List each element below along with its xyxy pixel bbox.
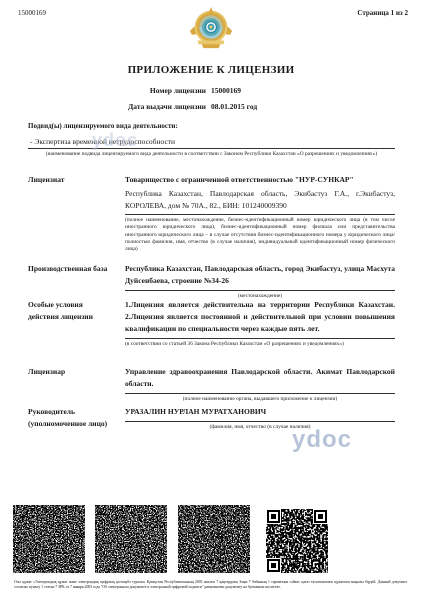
- kazakhstan-emblem-icon: [188, 5, 234, 57]
- licensee-label: Лицензиат: [28, 174, 125, 253]
- licensee-row: Лицензиат Товарищество с ограниченной от…: [28, 174, 395, 253]
- licensee-name: Товарищество с ограниченной ответственно…: [125, 174, 395, 186]
- licensor-label: Лицензиар: [28, 366, 125, 403]
- head-label: Руководитель (уполномоченное лицо): [28, 406, 125, 431]
- licensor-row: Лицензиар Управление здравоохранения Пав…: [28, 366, 395, 403]
- license-meta: Номер лицензии 15000169 Дата выдачи лице…: [0, 86, 422, 111]
- special-conditions-value: 1.Лицензия является действительна на тер…: [125, 299, 395, 335]
- qr-finder-icon: [314, 510, 327, 523]
- license-number-label: Номер лицензии: [0, 86, 206, 95]
- special-conditions-note: (в соответствии со статьей 36 Закона Рес…: [125, 338, 395, 348]
- special-conditions-label: Особые условия действия лицензии: [28, 299, 125, 348]
- license-number-value: 15000169: [211, 86, 422, 95]
- watermark: ydoc: [92, 130, 138, 151]
- subtype-section: Подвид(ы) лицензируемого вида деятельнос…: [28, 122, 395, 158]
- special-conditions-row: Особые условия действия лицензии 1.Лицен…: [28, 299, 395, 348]
- production-base-value-cell: Республика Казахстан, Павлодарская облас…: [125, 263, 395, 300]
- license-appendix-page: 15000169 Страница 1 из 2 ПРИЛОЖЕНИЕ К ЛИ…: [0, 0, 422, 600]
- subtype-note: (наименование подвида лицензируемого вид…: [36, 151, 388, 158]
- barcode-2: [95, 505, 167, 573]
- production-base-value: Республика Казахстан, Павлодарская облас…: [125, 263, 395, 287]
- document-title: ПРИЛОЖЕНИЕ К ЛИЦЕНЗИИ: [0, 64, 422, 76]
- page-indicator: Страница 1 из 2: [357, 9, 408, 17]
- head-value-cell: УРАЗАЛИН НУРЛАН МУРАТХАНОВИЧ (фамилия, и…: [125, 406, 395, 431]
- head-value: УРАЗАЛИН НУРЛАН МУРАТХАНОВИЧ: [125, 406, 395, 418]
- production-base-row: Производственная база Республика Казахст…: [28, 263, 395, 300]
- production-base-label: Производственная база: [28, 263, 125, 300]
- barcode-3: [178, 505, 250, 573]
- qr-finder-icon: [267, 559, 280, 572]
- qr-code: [266, 509, 328, 573]
- watermark: ydoc: [292, 426, 352, 454]
- subtype-value: - Экспертиза временной нетрудоспособност…: [28, 137, 395, 149]
- licensor-note: (полное наименование органа, выдавшего п…: [125, 393, 395, 403]
- subtypes-heading: Подвид(ы) лицензируемого вида деятельнос…: [28, 122, 395, 130]
- doc-number: 15000169: [18, 9, 46, 17]
- barcode-1: [13, 505, 85, 573]
- licensor-value: Управление здравоохранения Павлодарской …: [125, 366, 395, 390]
- head-note: (фамилия, имя, отчество (в случае наличи…: [125, 421, 395, 431]
- license-date-label: Дата выдачи лицензии: [0, 102, 206, 111]
- qr-finder-icon: [267, 510, 280, 523]
- special-conditions-value-cell: 1.Лицензия является действительна на тер…: [125, 299, 395, 348]
- licensee-note: (полное наименование, местонахождение, б…: [125, 214, 395, 253]
- licensor-value-cell: Управление здравоохранения Павлодарской …: [125, 366, 395, 403]
- license-date-value: 08.01.2015 год: [211, 102, 422, 111]
- licensee-address: Республика Казахстан, Павлодарская облас…: [125, 188, 395, 211]
- licensee-value-cell: Товарищество с ограниченной ответственно…: [125, 174, 395, 253]
- footer-legal-note: Осы құжат «Электрондық құжат және электр…: [14, 580, 407, 590]
